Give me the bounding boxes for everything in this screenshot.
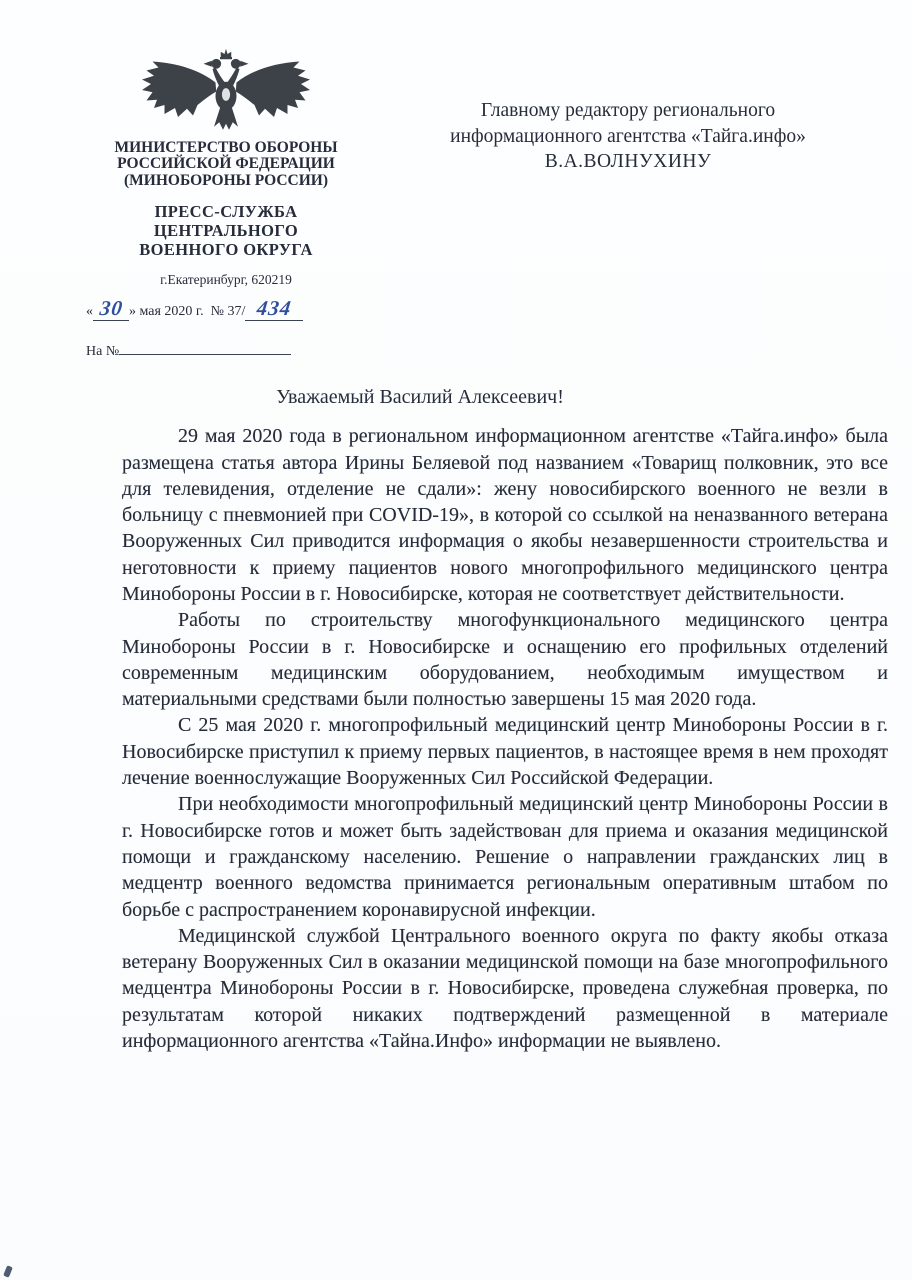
- city-postcode-line: г.Екатеринбург, 620219: [70, 272, 382, 288]
- press-service-line: ПРЕСС-СЛУЖБА: [70, 202, 382, 221]
- ministry-double-headed-eagle-icon: [70, 48, 382, 138]
- number-blank: 434: [245, 299, 303, 321]
- open-quote: «: [86, 304, 93, 319]
- reference-blank-underline: [119, 341, 291, 355]
- addressee-line: Главному редактору регионального: [426, 98, 830, 124]
- scan-artifact: [3, 1265, 13, 1277]
- letter-header: МИНИСТЕРСТВО ОБОРОНЫ РОССИЙСКОЙ ФЕДЕРАЦИ…: [0, 0, 912, 360]
- letter-body: 29 мая 2020 года в региональном информац…: [122, 423, 888, 1054]
- press-service-line: ВОЕННОГО ОКРУГА: [70, 240, 382, 259]
- addressee-line: информационного агентства «Тайга.инфо»: [426, 124, 830, 150]
- body-paragraph: С 25 мая 2020 г. многопрофильный медицин…: [122, 712, 888, 791]
- handwritten-day: 30: [98, 299, 123, 317]
- ministry-name-line: (МИНОБОРОНЫ РОССИИ): [70, 173, 382, 189]
- scanned-letter-page: МИНИСТЕРСТВО ОБОРОНЫ РОССИЙСКОЙ ФЕДЕРАЦИ…: [0, 0, 912, 1280]
- salutation-line: Уважаемый Василий Алексеевич!: [0, 386, 912, 409]
- press-service-block: ПРЕСС-СЛУЖБА ЦЕНТРАЛЬНОГО ВОЕННОГО ОКРУГ…: [70, 202, 382, 259]
- body-paragraph: Работы по строительству многофункциональ…: [122, 607, 888, 712]
- handwritten-number: 434: [256, 299, 293, 317]
- letterhead-block: МИНИСТЕРСТВО ОБОРОНЫ РОССИЙСКОЙ ФЕДЕРАЦИ…: [70, 0, 382, 360]
- addressee-name: В.А.ВОЛНУХИНУ: [426, 149, 830, 175]
- reference-number-line: На №: [70, 341, 382, 360]
- body-paragraph: 29 мая 2020 года в региональном информац…: [122, 423, 888, 607]
- month-year-label: мая 2020 г.: [140, 304, 204, 319]
- press-service-line: ЦЕНТРАЛЬНОГО: [70, 221, 382, 240]
- body-paragraph: При необходимости многопрофильный медици…: [122, 791, 888, 922]
- ministry-name-line: МИНИСТЕРСТВО ОБОРОНЫ: [70, 140, 382, 156]
- reference-label: На №: [86, 344, 119, 359]
- ministry-name-block: МИНИСТЕРСТВО ОБОРОНЫ РОССИЙСКОЙ ФЕДЕРАЦИ…: [70, 140, 382, 189]
- date-number-line: «30» мая 2020 г. № 37/434: [70, 299, 382, 323]
- ministry-name-line: РОССИЙСКОЙ ФЕДЕРАЦИИ: [70, 156, 382, 172]
- body-paragraph: Медицинской службой Центрального военног…: [122, 923, 888, 1054]
- addressee-block: Главному редактору регионального информа…: [426, 98, 830, 360]
- day-blank: 30: [93, 299, 129, 321]
- outgoing-number-prefix: № 37/: [211, 304, 246, 319]
- close-quote: »: [129, 304, 136, 319]
